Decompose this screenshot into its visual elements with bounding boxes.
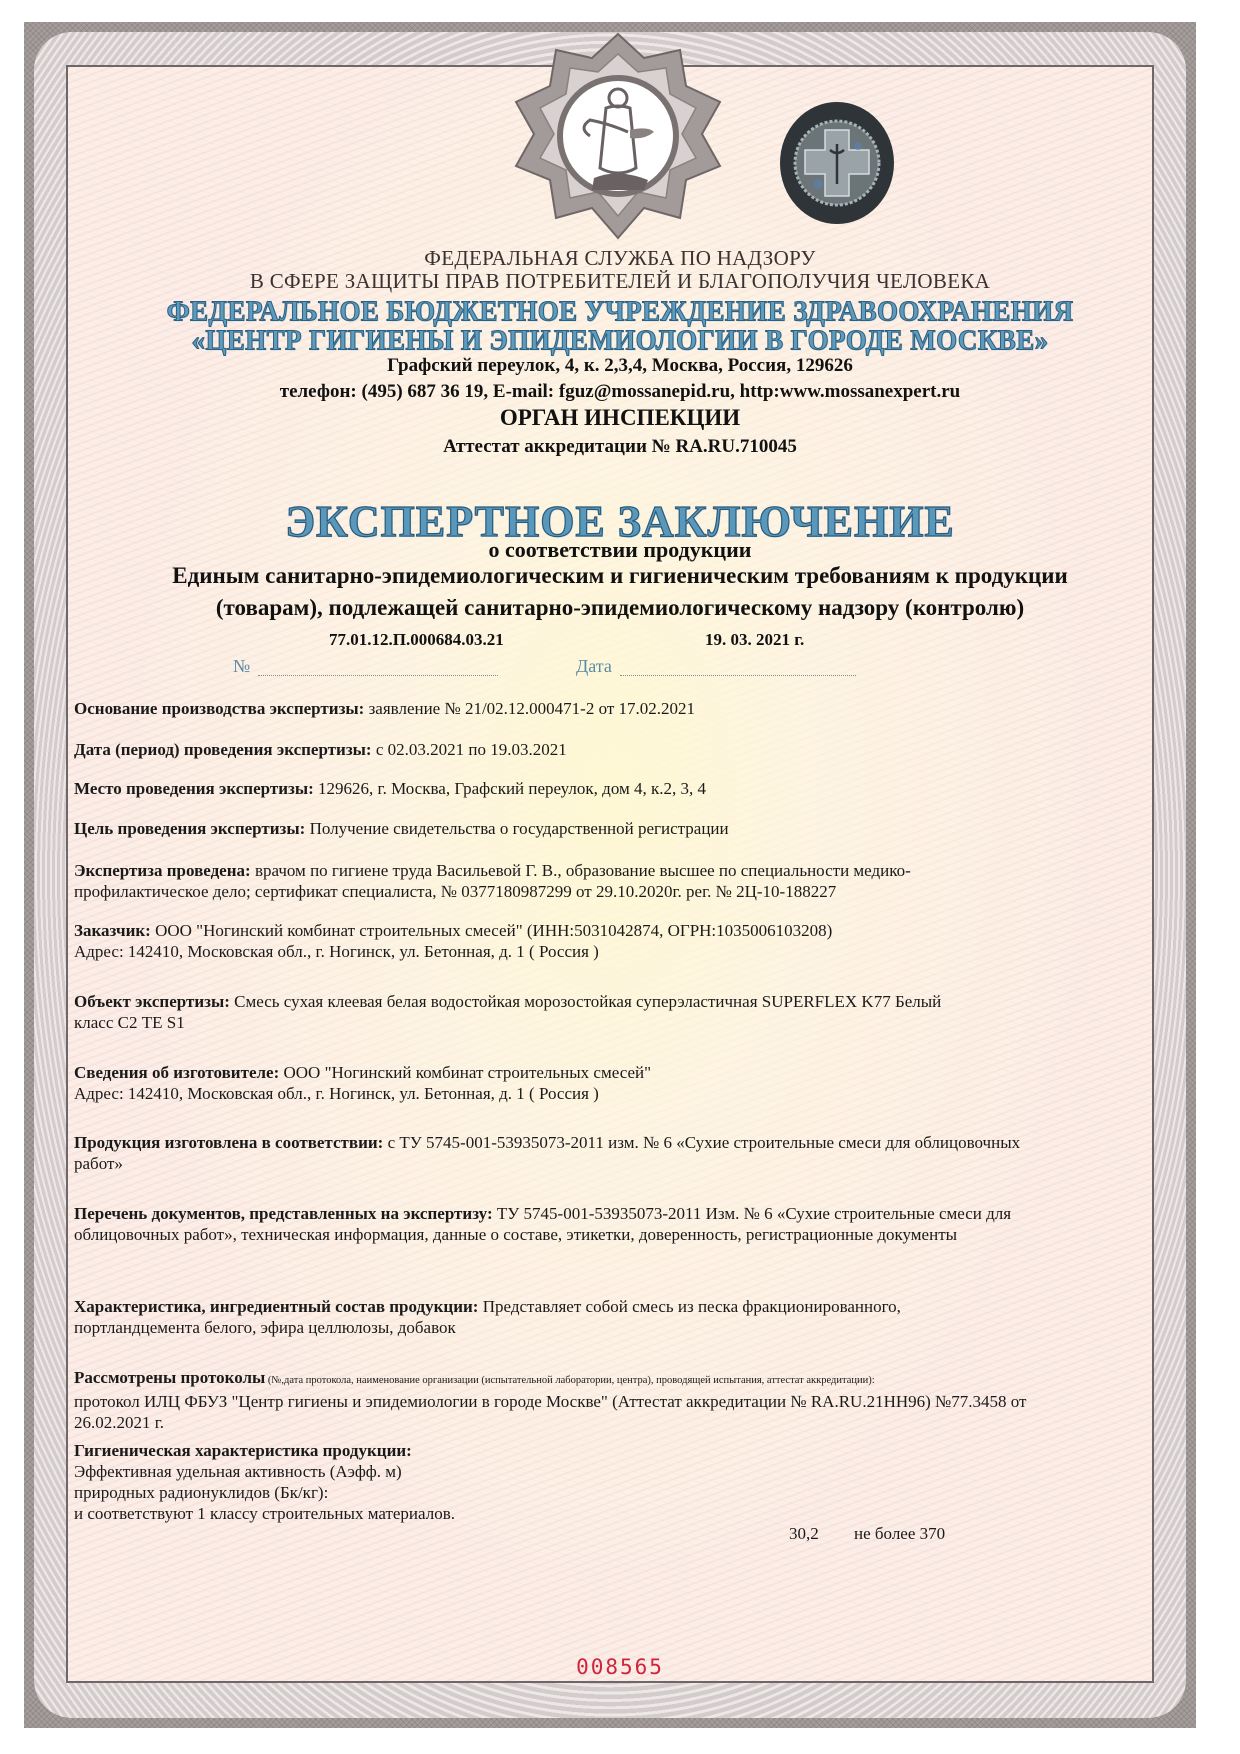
document-number: 77.01.12.П.000684.03.21 — [329, 630, 504, 650]
date-label: Дата — [576, 656, 612, 677]
field-label: Экспертиза проведена: — [74, 861, 251, 880]
field-value: протокол ИЛЦ ФБУЗ "Центр гигиены и эпиде… — [74, 1392, 1026, 1432]
number-label: № — [233, 656, 250, 677]
field-label: Продукция изготовлена в соответствии: — [74, 1133, 383, 1152]
field-value: ООО "Ногинский комбинат строительных сме… — [279, 1063, 651, 1082]
agency-name-line1: ФЕДЕРАЛЬНАЯ СЛУЖБА ПО НАДЗОРУ — [0, 246, 1240, 271]
field-label: Рассмотрены протоколы — [74, 1368, 265, 1387]
field-label: Заказчик: — [74, 921, 151, 940]
hygiene-line1: Эффективная удельная активность (Аэфф. м… — [74, 1462, 402, 1481]
field-production-standard: Продукция изготовлена в соответствии: с … — [74, 1132, 1024, 1174]
field-value: Получение свидетельства о государственно… — [305, 819, 728, 838]
field-label: Место проведения экспертизы: — [74, 779, 314, 798]
requirement-line2: (товарам), подлежащей санитарно-эпидемио… — [0, 595, 1240, 621]
hygiene-characteristics: Гигиеническая характеристика продукции: … — [74, 1440, 1144, 1524]
institution-name-line2: «ЦЕНТР ГИГИЕНЫ И ЭПИДЕМИОЛОГИИ В ГОРОДЕ … — [0, 324, 1240, 357]
hygiene-line3: и соответствуют 1 классу строительных ма… — [74, 1504, 455, 1523]
activity-limit-value: не более 370 — [854, 1524, 945, 1544]
document-date: 19. 03. 2021 г. — [705, 630, 804, 650]
field-expertise-object: Объект экспертизы: Смесь сухая клеевая б… — [74, 991, 974, 1033]
field-value: заявление № 21/02.12.000471-2 от 17.02.2… — [364, 699, 695, 718]
field-label: Сведения об изготовителе: — [74, 1063, 279, 1082]
field-note: (№,дата протокола, наименование организа… — [265, 1375, 874, 1386]
agency-name-line2: В СФЕРЕ ЗАЩИТЫ ПРАВ ПОТРЕБИТЕЛЕЙ И БЛАГО… — [0, 269, 1240, 294]
field-expertise-purpose: Цель проведения экспертизы: Получение св… — [74, 818, 1144, 839]
hygiene-line2: природных радионуклидов (Бк/кг): — [74, 1483, 328, 1502]
field-submitted-documents: Перечень документов, представленных на э… — [74, 1203, 1044, 1245]
measured-activity-value: 30,2 — [789, 1524, 819, 1544]
hologram-cross-icon — [778, 100, 896, 226]
field-label: Цель проведения экспертизы: — [74, 819, 305, 838]
institution-address: Графский переулок, 4, к. 2,3,4, Москва, … — [0, 355, 1240, 377]
serial-number: 008565 — [0, 1655, 1240, 1679]
field-label: Характеристика, ингредиентный состав про… — [74, 1297, 478, 1316]
number-underline — [258, 675, 498, 676]
field-customer: Заказчик: ООО "Ногинский комбинат строит… — [74, 920, 1144, 962]
field-expertise-period: Дата (период) проведения экспертизы: с 0… — [74, 739, 1144, 760]
field-label: Объект экспертизы: — [74, 992, 230, 1011]
institution-name-line1: ФЕДЕРАЛЬНОЕ БЮДЖЕТНОЕ УЧРЕЖДЕНИЕ ЗДРАВОО… — [0, 295, 1240, 328]
requirement-line1: Единым санитарно-эпидемиологическим и ги… — [0, 563, 1240, 589]
field-expert: Экспертиза проведена: врачом по гигиене … — [74, 860, 1034, 902]
date-underline — [620, 675, 856, 676]
manufacturer-address: Адрес: 142410, Московская обл., г. Ногин… — [74, 1084, 599, 1103]
field-label: Дата (период) проведения экспертизы: — [74, 740, 372, 759]
field-expertise-place: Место проведения экспертизы: 129626, г. … — [74, 778, 1144, 799]
document-subtitle: о соответствии продукции — [0, 537, 1240, 563]
field-value: с 02.03.2021 по 19.03.2021 — [372, 740, 567, 759]
accreditation-certificate: Аттестат аккредитации № RA.RU.710045 — [0, 436, 1240, 458]
inspection-body-title: ОРГАН ИНСПЕКЦИИ — [0, 405, 1240, 431]
field-value: 129626, г. Москва, Графский переулок, до… — [314, 779, 706, 798]
institution-contacts: телефон: (495) 687 36 19, E-mail: fguz@m… — [0, 381, 1240, 403]
hygeia-emblem-icon — [498, 28, 738, 248]
hygiene-label: Гигиеническая характеристика продукции: — [74, 1441, 412, 1460]
field-product-composition: Характеристика, ингредиентный состав про… — [74, 1296, 1004, 1338]
field-test-protocols: Рассмотрены протоколы (№,дата протокола,… — [74, 1367, 1064, 1433]
field-expertise-basis: Основание производства экспертизы: заявл… — [74, 698, 1144, 719]
customer-address: Адрес: 142410, Московская обл., г. Ногин… — [74, 942, 599, 961]
field-manufacturer: Сведения об изготовителе: ООО "Ногинский… — [74, 1062, 1144, 1104]
field-value: ООО "Ногинский комбинат строительных сме… — [151, 921, 832, 940]
field-label: Основание производства экспертизы: — [74, 699, 364, 718]
field-label: Перечень документов, представленных на э… — [74, 1204, 493, 1223]
